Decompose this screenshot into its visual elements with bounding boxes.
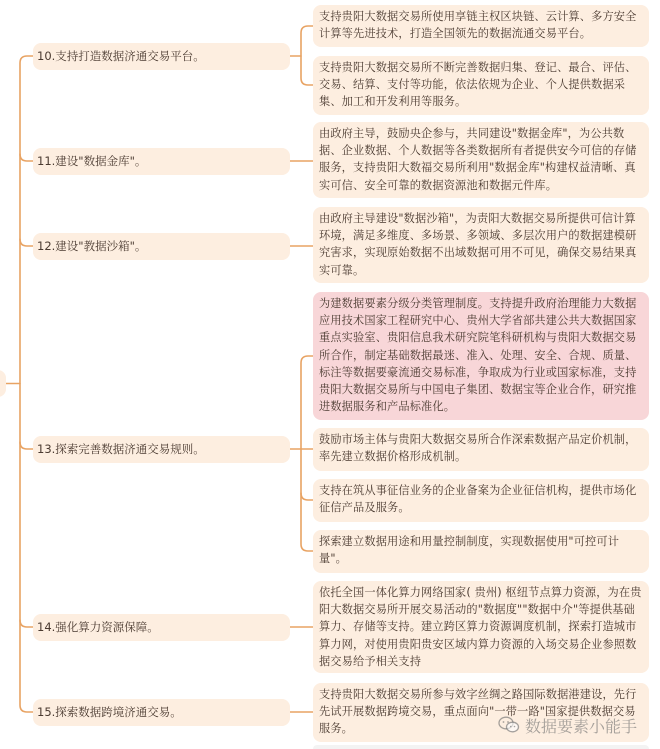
detail-14-1[interactable]: 依托全国一体化算力网络国家( 贵州) 枢纽节点算力资源，为在贵阳大数据交易所开展… <box>313 581 649 673</box>
detail-13-2[interactable]: 鼓励市场主体与贵阳大数据交易所合作深索数据产品定价机制，率先建立数据价格形成机制… <box>313 428 649 471</box>
detail-11-1[interactable]: 由政府主导，鼓励央企参与，共同建设"数据金库"，为公共数据、企业数据、个人数据等… <box>313 122 649 198</box>
topic-13[interactable]: 13.探索完善数据济通交易规则。 <box>33 436 290 463</box>
topic-11[interactable]: 11.建设"数据金库"。 <box>33 148 290 175</box>
detail-13-4[interactable]: 探索建立数据用途和用量控制制度，实现数据使用"可控可计量"。 <box>313 530 649 573</box>
topic-10[interactable]: 10.支持打造数据济通交易平台。 <box>33 43 290 70</box>
detail-12-1[interactable]: 由政府主导建设"数据沙箱"，为责阳大数据交易所提供可信计算环境，满足多维度、多场… <box>313 207 649 283</box>
detail-13-1-highlighted[interactable]: 为建数据要素分级分类管理制度。支持提升政府治理能力大数据应用技术国家工程研究中心… <box>313 292 649 420</box>
detail-text: 探索建立数据用途和用量控制制度，实现数据使用"可控可计量"。 <box>319 535 619 565</box>
mind-map: 10.支持打造数据济通交易平台。 11.建设"数据金库"。 12.建设"教据沙箱… <box>0 0 660 749</box>
topic-14[interactable]: 14.强化算力资源保障。 <box>33 614 290 641</box>
detail-13-3[interactable]: 支持在筑从事征信业务的企业备案为企业征信机构，提供市场化征信产品及服务。 <box>313 479 649 522</box>
detail-text: 鼓励市场主体与贵阳大数据交易所合作深索数据产品定价机制，率先建立数据价格形成机制… <box>319 433 636 463</box>
detail-text: 支持在筑从事征信业务的企业备案为企业征信机构，提供市场化征信产品及服务。 <box>319 484 636 514</box>
detail-15-1[interactable]: 支持贵阳大数据交易所参与效字丝绸之路国际数据港建设，先行先试开展数据跨境交易，重… <box>313 683 649 742</box>
topic-label: 15.探索数据跨境济通交易。 <box>37 705 182 719</box>
root-node[interactable] <box>0 370 6 397</box>
topic-label: 11.建设"数据金库"。 <box>37 154 146 168</box>
detail-text: 由政府主导建设"数据沙箱"，为责阳大数据交易所提供可信计算环境，满足多维度、多场… <box>319 212 636 277</box>
detail-text: 支持贵阳大数据交易所参与效字丝绸之路国际数据港建设，先行先试开展数据跨境交易，重… <box>319 688 636 735</box>
detail-10-1[interactable]: 支持贵阳大数据交易所使用享链主权区块链、云计算、多方安全计算等先进技术，打造全国… <box>313 5 649 47</box>
topic-label: 14.强化算力资源保障。 <box>37 620 159 634</box>
detail-10-2[interactable]: 支持贵阳大数据交易所不断完善数据归集、登记、最合、评估、交易、结算、支付等功能，… <box>313 56 649 115</box>
detail-text: 由政府主导，鼓励央企参与，共同建设"数据金库"，为公共数据、企业数据、个人数据等… <box>319 127 636 192</box>
detail-text: 为建数据要素分级分类管理制度。支持提升政府治理能力大数据应用技术国家工程研究中心… <box>319 297 636 413</box>
detail-text: 依托全国一体化算力网络国家( 贵州) 枢纽节点算力资源，为在贵阳大数据交易所开展… <box>319 586 642 668</box>
next-node-edge <box>313 745 649 749</box>
topic-15[interactable]: 15.探索数据跨境济通交易。 <box>33 699 290 726</box>
topic-label: 10.支持打造数据济通交易平台。 <box>37 49 205 63</box>
topic-label: 12.建设"教据沙箱"。 <box>37 239 146 253</box>
detail-text: 支持贵阳大数据交易所不断完善数据归集、登记、最合、评估、交易、结算、支付等功能，… <box>319 61 636 108</box>
detail-text: 支持贵阳大数据交易所使用享链主权区块链、云计算、多方安全计算等先进技术，打造全国… <box>319 10 636 40</box>
topic-label: 13.探索完善数据济通交易规则。 <box>37 442 205 456</box>
topic-12[interactable]: 12.建设"教据沙箱"。 <box>33 233 290 260</box>
